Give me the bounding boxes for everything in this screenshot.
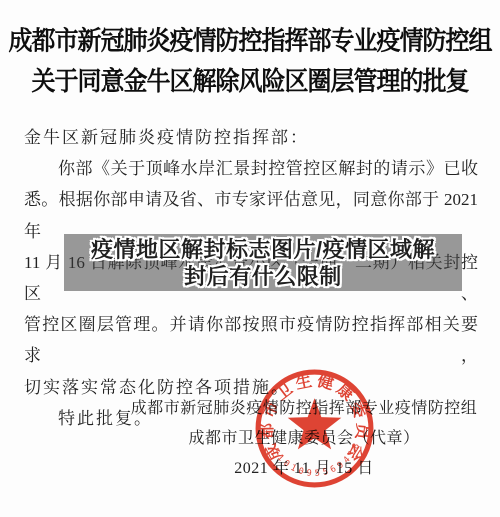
document-title: 成都市新冠肺炎疫情防控指挥部专业疫情防控组 关于同意金牛区解除风险区圈层管理的批…: [0, 22, 500, 103]
document-title-line-1: 成都市新冠肺炎疫情防控指挥部专业疫情防控组: [0, 22, 500, 63]
overlay-caption-line-2: 封后有什么限制: [184, 263, 342, 290]
salutation-line: 金牛区新冠肺炎疫情防控指挥部：: [24, 122, 478, 153]
overlay-caption-band: 疫情地区解封标志图片/疫情区域解 封后有什么限制: [64, 234, 462, 291]
star-icon: [288, 398, 342, 449]
body-line: 管控区圈层管理。并请你部按照市疫情防控指挥部相关要求，: [24, 309, 478, 371]
official-seal: 成都市卫生健康委员会 5101095569418: [249, 364, 380, 495]
document-page: 成都市新冠肺炎疫情防控指挥部专业疫情防控组 关于同意金牛区解除风险区圈层管理的批…: [0, 0, 500, 517]
overlay-caption-line-1: 疫情地区解封标志图片/疫情区域解: [91, 236, 435, 263]
body-line: 你部《关于顶峰水岸汇景封控管控区解封的请示》已收: [24, 153, 478, 184]
document-title-line-2: 关于同意金牛区解除风险区圈层管理的批复: [0, 63, 500, 104]
